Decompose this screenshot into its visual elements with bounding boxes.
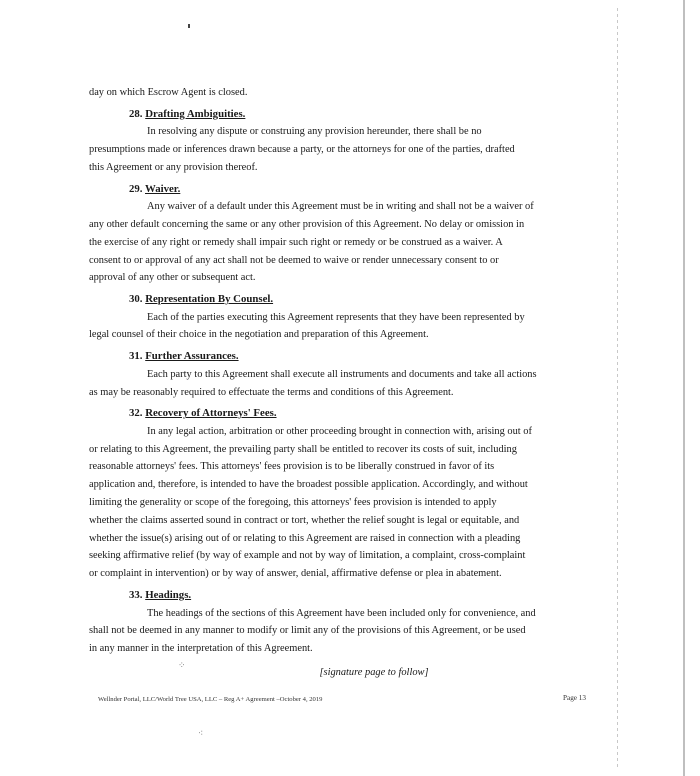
scan-smudge: ⁘ — [178, 660, 186, 671]
section-title: Representation By Counsel. — [145, 293, 273, 305]
body-line: whether the claims asserted sound in con… — [89, 512, 599, 530]
body-line: In any legal action, arbitration or othe… — [89, 423, 599, 441]
section-body-30: Each of the parties executing this Agree… — [89, 309, 599, 345]
intro-line: day on which Escrow Agent is closed. — [89, 84, 599, 102]
section-number: 31. — [129, 350, 143, 362]
section-title: Waiver. — [145, 183, 180, 195]
section-title: Further Assurances. — [145, 350, 238, 362]
body-line: legal counsel of their choice in the neg… — [89, 326, 599, 344]
body-line: limiting the generality or scope of the … — [89, 494, 599, 512]
body-line: whether the issue(s) arising out of or r… — [89, 530, 599, 548]
section-title: Drafting Ambiguities. — [145, 108, 245, 120]
section-heading-33: 33. Headings. — [89, 586, 599, 605]
body-line: In resolving any dispute or construing a… — [89, 123, 599, 141]
document-body: day on which Escrow Agent is closed. 28.… — [89, 84, 599, 682]
body-line: consent to or approval of any act shall … — [89, 252, 599, 270]
footer-document-title: Wellnder Portal, LLC/World Tree USA, LLC… — [98, 696, 322, 703]
section-number: 33. — [129, 589, 143, 601]
body-line: this Agreement or any provision thereof. — [89, 159, 599, 177]
body-line: approval of any other or subsequent act. — [89, 269, 599, 287]
footer-page-number: Page 13 — [563, 694, 586, 702]
section-heading-32: 32. Recovery of Attorneys' Fees. — [89, 404, 599, 423]
section-heading-30: 30. Representation By Counsel. — [89, 290, 599, 309]
section-number: 28. — [129, 108, 143, 120]
body-line: Each party to this Agreement shall execu… — [89, 366, 599, 384]
section-number: 30. — [129, 293, 143, 305]
scan-edge-line — [617, 8, 618, 768]
body-line: reasonable attorneys' fees. This attorne… — [89, 458, 599, 476]
section-body-32: In any legal action, arbitration or othe… — [89, 423, 599, 583]
section-heading-28: 28. Drafting Ambiguities. — [89, 105, 599, 124]
section-body-28: In resolving any dispute or construing a… — [89, 123, 599, 176]
body-line: as may be reasonably required to effectu… — [89, 384, 599, 402]
body-line: in any manner in the interpretation of t… — [89, 640, 599, 658]
body-line: or complaint in intervention) or by way … — [89, 565, 599, 583]
body-line: presumptions made or inferences drawn be… — [89, 141, 599, 159]
section-body-29: Any waiver of a default under this Agree… — [89, 198, 599, 287]
section-heading-31: 31. Further Assurances. — [89, 347, 599, 366]
body-line: seeking affirmative relief (by way of ex… — [89, 547, 599, 565]
body-line: the exercise of any right or remedy shal… — [89, 234, 599, 252]
body-line: shall not be deemed in any manner to mod… — [89, 622, 599, 640]
scan-smudge: ⁖ — [198, 728, 203, 739]
body-line: The headings of the sections of this Agr… — [89, 605, 599, 623]
section-heading-29: 29. Waiver. — [89, 180, 599, 199]
body-line: any other default concerning the same or… — [89, 216, 599, 234]
section-title: Recovery of Attorneys' Fees. — [145, 407, 276, 419]
scan-edge-line — [683, 0, 685, 776]
section-body-33: The headings of the sections of this Agr… — [89, 605, 599, 658]
section-number: 29. — [129, 183, 143, 195]
body-line: Any waiver of a default under this Agree… — [89, 198, 599, 216]
signature-page-note: [signature page to follow] — [89, 664, 599, 682]
document-page: day on which Escrow Agent is closed. 28.… — [0, 0, 700, 776]
section-title: Headings. — [145, 589, 191, 601]
section-number: 32. — [129, 407, 143, 419]
body-line: Each of the parties executing this Agree… — [89, 309, 599, 327]
scan-speck — [188, 24, 190, 28]
section-body-31: Each party to this Agreement shall execu… — [89, 366, 599, 402]
body-line: application and, therefore, is intended … — [89, 476, 599, 494]
body-line: or relating to this Agreement, the preva… — [89, 441, 599, 459]
